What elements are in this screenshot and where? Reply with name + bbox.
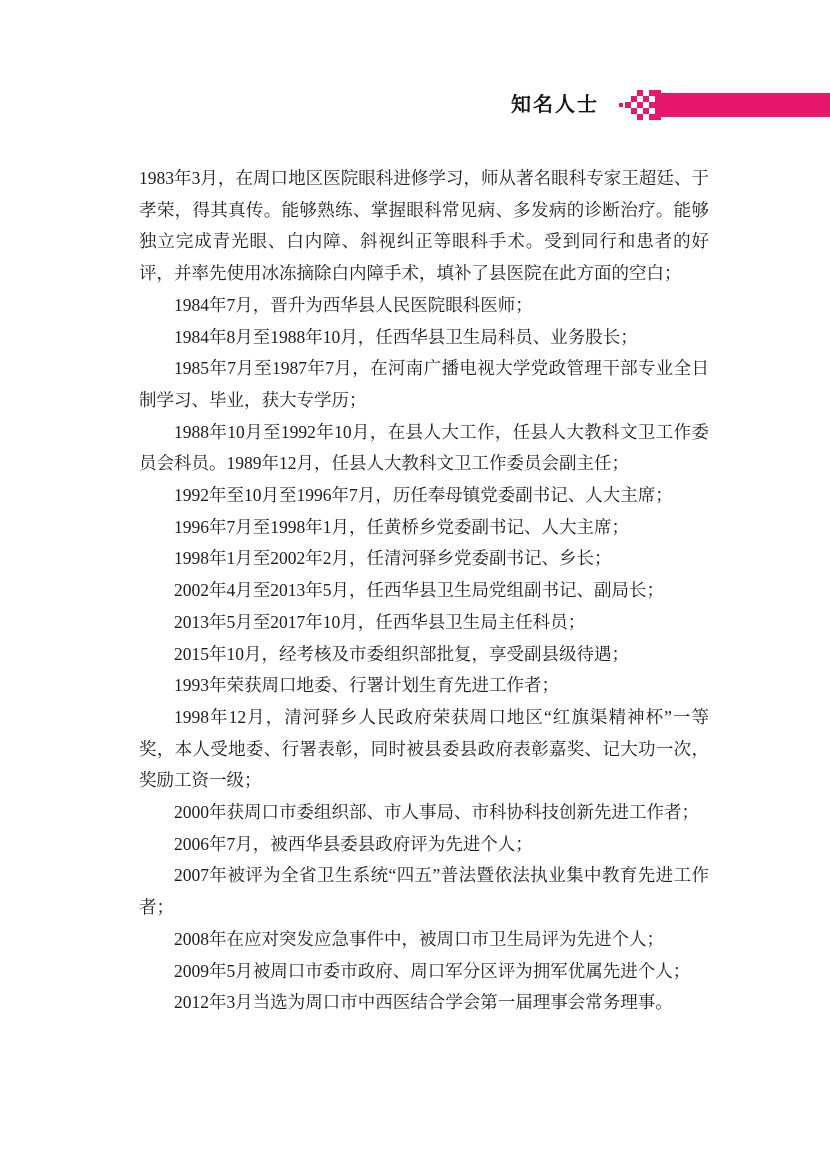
paragraph: 1984年8月至1988年10月，任西华县卫生局科员、业务股长； — [139, 322, 709, 354]
section-header: 知名人士 — [0, 93, 830, 117]
paragraph: 1998年12月，清河驿乡人民政府荣获周口地区“红旗渠精神杯”一等奖，本人受地委… — [139, 702, 709, 797]
paragraph: 1993年荣获周口地委、行署计划生育先进工作者； — [139, 670, 709, 702]
paragraph: 2000年获周口市委组织部、市人事局、市科协科技创新先进工作者； — [139, 797, 709, 829]
paragraph: 2009年5月被周口市委市政府、周口军分区评为拥军优属先进个人； — [139, 956, 709, 988]
paragraph: 1983年3月，在周口地区医院眼科进修学习，师从著名眼科专家王超廷、于孝荣，得其… — [139, 163, 709, 290]
pixel-checker-icon — [619, 90, 661, 120]
paragraph: 1996年7月至1998年1月，任黄桥乡党委副书记、人大主席； — [139, 512, 709, 544]
paragraph: 1984年7月，晋升为西华县人民医院眼科医师； — [139, 290, 709, 322]
paragraph: 2007年被评为全省卫生系统“四五”普法暨依法执业集中教育先进工作者； — [139, 860, 709, 923]
body-text: 1983年3月，在周口地区医院眼科进修学习，师从著名眼科专家王超廷、于孝荣，得其… — [139, 163, 709, 1019]
paragraph: 2013年5月至2017年10月，任西华县卫生局主任科员； — [139, 607, 709, 639]
paragraph: 1992年至10月至1996年7月，历任奉母镇党委副书记、人大主席； — [139, 480, 709, 512]
paragraph: 2012年3月当选为周口市中西医结合学会第一届理事会常务理事。 — [139, 987, 709, 1019]
header-accent-bar — [660, 93, 830, 117]
paragraph: 1998年1月至2002年2月，任清河驿乡党委副书记、乡长； — [139, 543, 709, 575]
paragraph: 2006年7月，被西华县委县政府评为先进个人； — [139, 829, 709, 861]
paragraph: 2008年在应对突发应急事件中，被周口市卫生局评为先进个人； — [139, 924, 709, 956]
page: 知名人士 1983年3月 — [0, 0, 830, 1155]
section-header-title: 知名人士 — [511, 93, 599, 117]
paragraph: 2015年10月，经考核及市委组织部批复，享受副县级待遇； — [139, 639, 709, 671]
paragraph: 1985年7月至1987年7月，在河南广播电视大学党政管理干部专业全日制学习、毕… — [139, 353, 709, 416]
paragraph: 1988年10月至1992年10月，在县人大工作，任县人大教科文卫工作委员会科员… — [139, 417, 709, 480]
paragraph: 2002年4月至2013年5月，任西华县卫生局党组副书记、副局长； — [139, 575, 709, 607]
